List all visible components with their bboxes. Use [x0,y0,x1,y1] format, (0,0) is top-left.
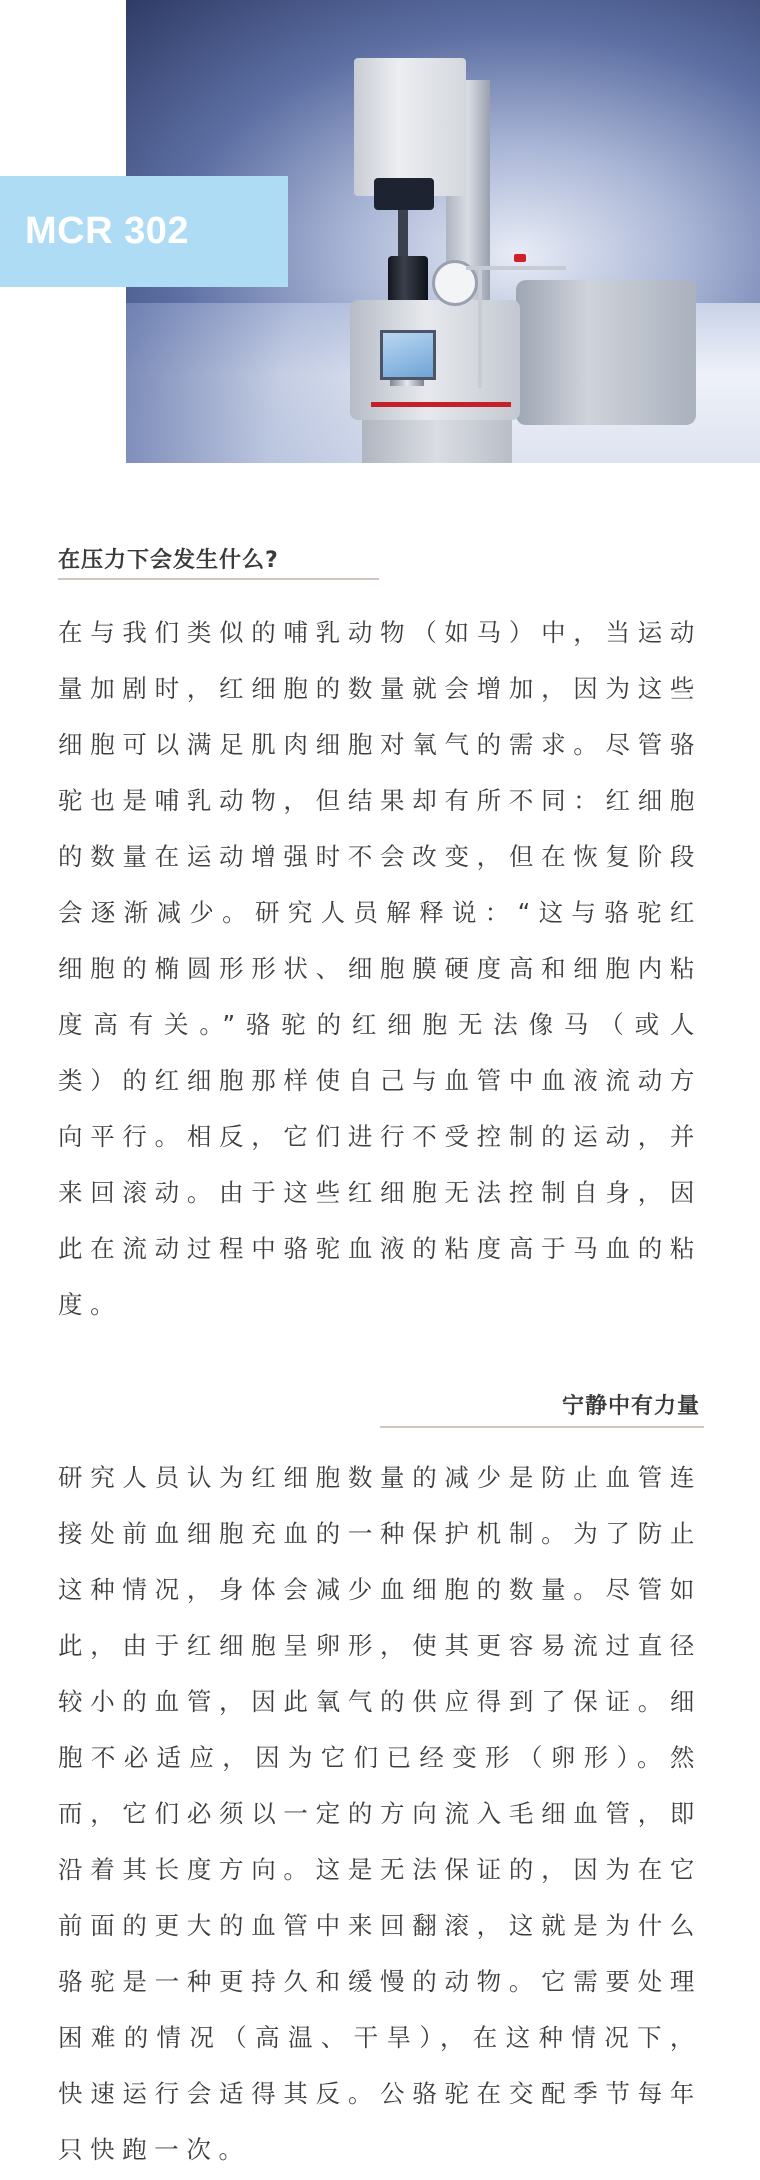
section-heading-2: 宁静中有力量 [562,1389,700,1420]
paragraph-line: 此在流动过程中骆驼血液的粘度高于马血的粘 [58,1221,702,1277]
paragraph-line: 只快跑一次。 [58,2122,702,2178]
paragraph-line: 骆驼是一种更持久和缓慢的动物。它需要处理 [58,1954,702,2010]
heading-underline-2 [380,1426,704,1428]
paragraph-line: 来回滚动。由于这些红细胞无法控制自身，因 [58,1165,702,1221]
paragraph-line: 前面的更大的血管中来回翻滚，这就是为什么 [58,1898,702,1954]
instrument-motor-head [374,178,434,210]
paragraph-line: 细胞的椭圆形形状、细胞膜硬度高和细胞内粘 [58,941,702,997]
instrument-base-lower [362,420,512,463]
section-heading-1: 在压力下会发生什么? [58,543,279,574]
paragraph-line: 胞不必适应，因为它们已经变形（卵形）。然 [58,1730,702,1786]
paragraph-line: 而，它们必须以一定的方向流入毛细血管，即 [58,1786,702,1842]
paragraph-line: 较小的血管，因此氧气的供应得到了保证。细 [58,1674,702,1730]
paragraph-line: 类）的红细胞那样使自己与血管中血液流动方 [58,1053,702,1109]
product-label: MCR 302 [25,210,189,253]
paragraph-line: 量加剧时，红细胞的数量就会增加，因为这些 [58,661,702,717]
paragraph-line: 度高有关。”骆驼的红细胞无法像马（或人 [58,997,702,1053]
paragraph-line: 困难的情况（高温、干旱），在这种情况下， [58,2010,702,2066]
instrument-base-back [516,280,696,425]
paragraph-line: 细胞可以满足肌肉细胞对氧气的需求。尽管骆 [58,717,702,773]
paragraph-line: 快速运行会适得其反。公骆驼在交配季节每年 [58,2066,702,2122]
instrument-shaft [398,210,408,260]
paragraph-2: 研究人员认为红细胞数量的减少是防止血管连 接处前血细胞充血的一种保护机制。为了防… [58,1450,702,2178]
paragraph-line: 向平行。相反，它们进行不受控制的运动，并 [58,1109,702,1165]
paragraph-line: 会逐渐减少。研究人员解释说：“这与骆驼红 [58,885,702,941]
paragraph-line: 驼也是哺乳动物，但结果却有所不同：红细胞 [58,773,702,829]
paragraph-line: 接处前血细胞充血的一种保护机制。为了防止 [58,1506,702,1562]
instrument-pipe-vertical [478,268,482,388]
paragraph-1: 在与我们类似的哺乳动物（如马）中，当运动 量加剧时，红细胞的数量就会增加，因为这… [58,605,702,1333]
paragraph-line: 沿着其长度方向。这是无法保证的，因为在它 [58,1842,702,1898]
instrument-red-strip [371,402,511,407]
instrument-touchscreen [380,330,436,380]
paragraph-line: 这种情况，身体会减少血细胞的数量。尽管如 [58,1562,702,1618]
red-valve-icon [514,254,526,262]
heading-underline-1 [58,578,379,580]
paragraph-line: 度。 [58,1277,702,1333]
paragraph-line: 的数量在运动增强时不会改变，但在恢复阶段 [58,829,702,885]
paragraph-line: 研究人员认为红细胞数量的减少是防止血管连 [58,1450,702,1506]
product-label-box: MCR 302 [0,176,288,287]
paragraph-line: 在与我们类似的哺乳动物（如马）中，当运动 [58,605,702,661]
instrument-head-housing [354,58,466,196]
paragraph-line: 此，由于红细胞呈卵形，使其更容易流过直径 [58,1618,702,1674]
